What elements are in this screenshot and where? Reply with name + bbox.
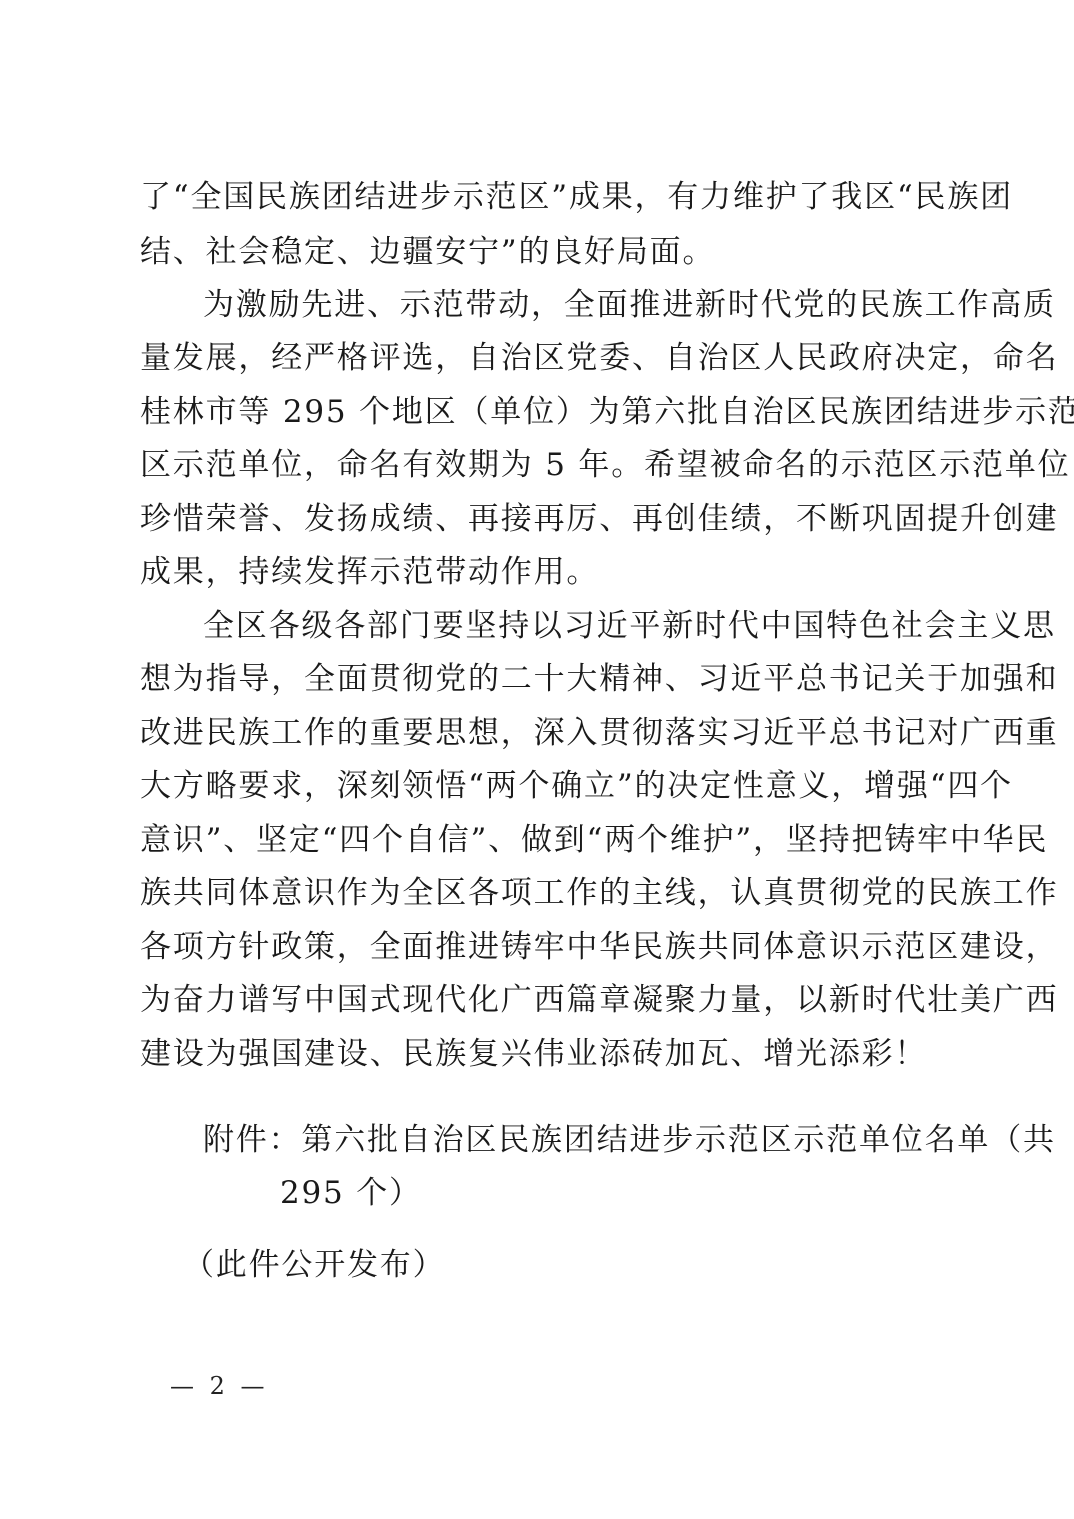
text-line: 全区各级各部门要坚持以习近平新时代中国特色社会主义思	[203, 606, 940, 646]
text-line: 珍惜荣誉、发扬成绩、再接再厉、再创佳绩，不断巩固提升创建	[140, 499, 940, 539]
page-number: — 2 —	[170, 1370, 269, 1402]
text-line: 想为指导，全面贯彻党的二十大精神、习近平总书记关于加强和	[140, 659, 940, 699]
text-line: 量发展，经严格评选，自治区党委、自治区人民政府决定，命名	[140, 338, 940, 378]
text-line: 区示范单位，命名有效期为 5 年。希望被命名的示范区示范单位	[140, 445, 940, 485]
text-line: 改进民族工作的重要思想，深入贯彻落实习近平总书记对广西重	[140, 713, 940, 753]
text-line: 建设为强国建设、民族复兴伟业添砖加瓦、增光添彩！	[140, 1034, 940, 1074]
text-line: 成果，持续发挥示范带动作用。	[140, 552, 940, 592]
attachment-line-2: 295 个）	[280, 1173, 422, 1213]
text-line: 各项方针政策，全面推进铸牢中华民族共同体意识示范区建设，	[140, 927, 940, 967]
text-line: 意识”、坚定“四个自信”、做到“两个维护”，坚持把铸牢中华民	[140, 820, 940, 860]
text-line: 了“全国民族团结进步示范区”成果，有力维护了我区“民族团	[140, 177, 940, 217]
text-line: 结、社会稳定、边疆安宁”的良好局面。	[140, 232, 940, 272]
attachment-line-1: 附件：第六批自治区民族团结进步示范区示范单位名单（共	[203, 1120, 940, 1160]
text-line: 大方略要求，深刻领悟“两个确立”的决定性意义，增强“四个	[140, 766, 940, 806]
document-page: 了“全国民族团结进步示范区”成果，有力维护了我区“民族团 结、社会稳定、边疆安宁…	[0, 0, 1074, 1519]
text-line: 桂林市等 295 个地区（单位）为第六批自治区民族团结进步示范	[140, 392, 940, 432]
text-line: 为奋力谱写中国式现代化广西篇章凝聚力量，以新时代壮美广西	[140, 980, 940, 1020]
publication-note: （此件公开发布）	[183, 1245, 445, 1285]
text-line: 族共同体意识作为全区各项工作的主线，认真贯彻党的民族工作	[140, 873, 940, 913]
text-line: 为激励先进、示范带动，全面推进新时代党的民族工作高质	[203, 285, 940, 325]
